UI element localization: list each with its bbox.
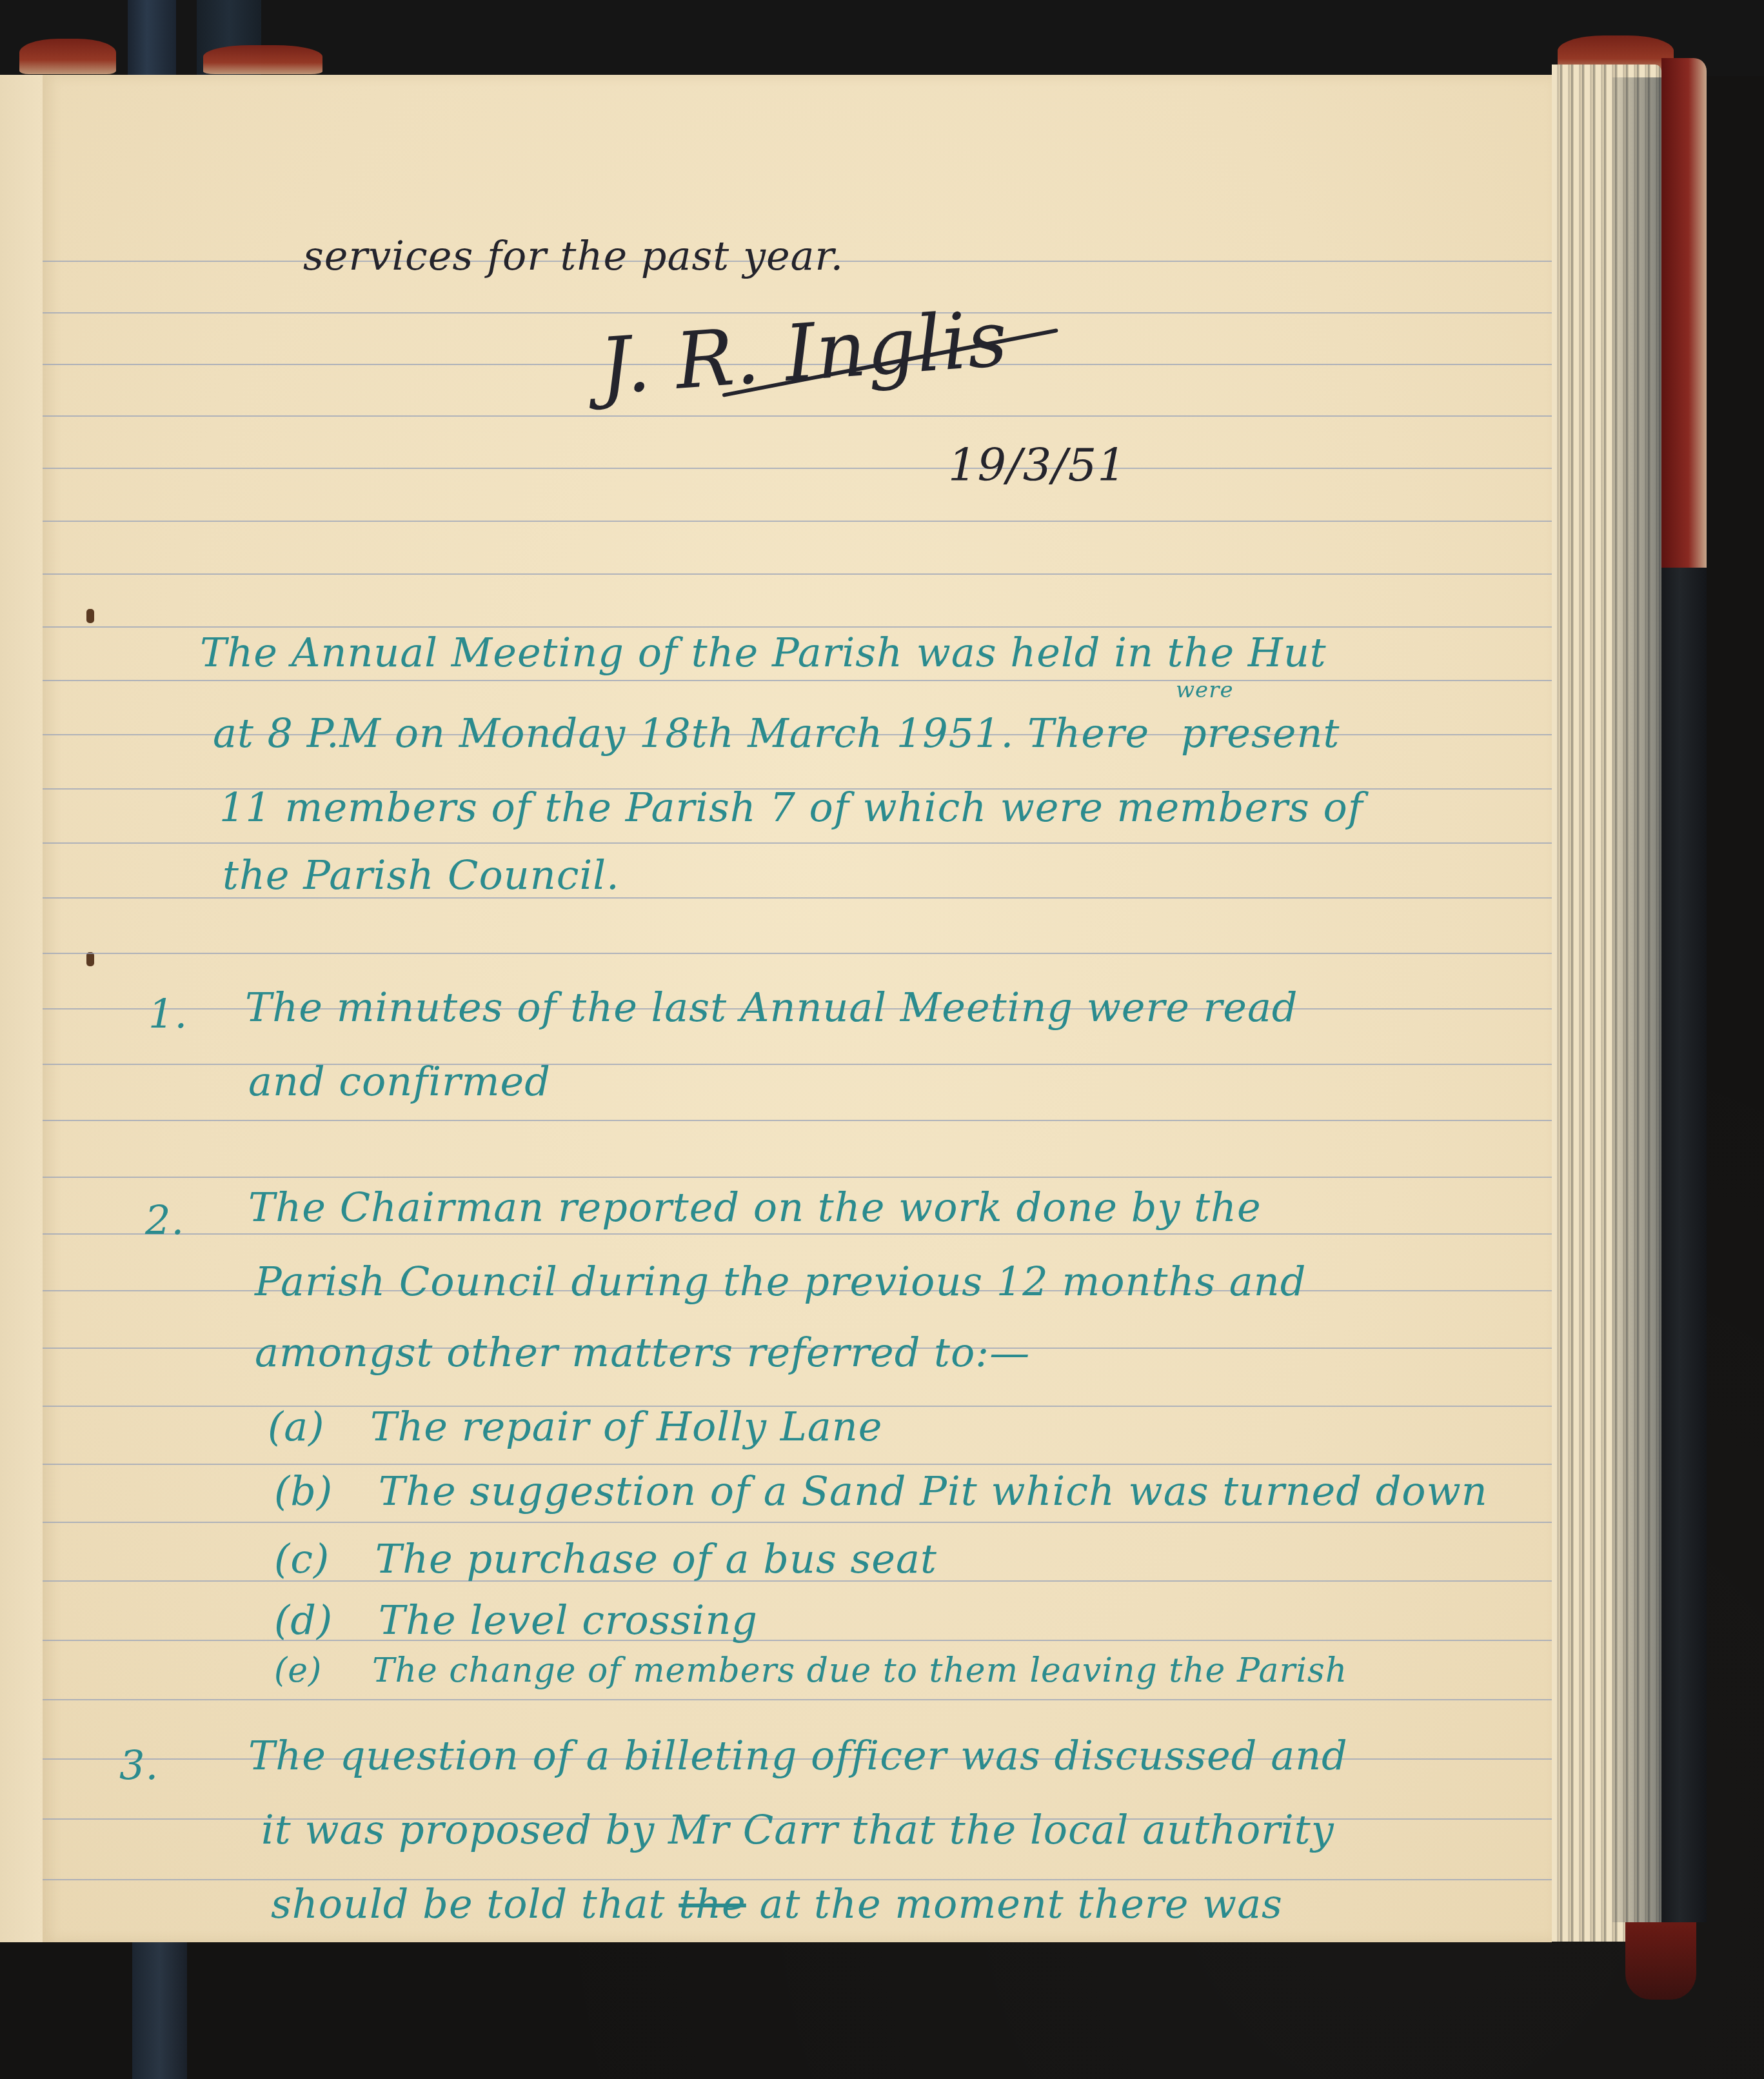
intro-line: at 8 P.M on Monday 18th March 1951. Ther… [213, 710, 1340, 757]
subitem-label: (a) [268, 1403, 324, 1450]
item-number: 1. [148, 990, 188, 1037]
item-number: 3. [119, 1742, 159, 1789]
item-line: The question of a billeting officer was … [248, 1732, 1348, 1779]
binding-hole [86, 952, 94, 966]
bookmark-ribbon [128, 0, 176, 76]
item-line-text: at the moment there was [760, 1880, 1283, 1927]
ruled-line [43, 521, 1552, 522]
subitem-text: The level crossing [379, 1597, 758, 1644]
bookmark-ribbon [132, 1942, 187, 2079]
intro-line: 11 members of the Parish 7 of which were… [219, 784, 1363, 831]
ruled-line [43, 468, 1552, 469]
ruled-line [43, 1699, 1552, 1700]
subitem-text: The purchase of a bus seat [375, 1535, 937, 1582]
red-leather-cover [1661, 58, 1707, 574]
item-line: should be told that the at the moment th… [271, 1880, 1283, 1927]
frayed-cover-edge [19, 39, 116, 74]
closing-line: services for the past year. [303, 232, 844, 279]
subitem-label: (d) [274, 1597, 333, 1644]
subitem-text: The change of members due to them leavin… [372, 1651, 1347, 1690]
ruled-line [43, 1640, 1552, 1641]
subitem-label: (e) [274, 1651, 322, 1690]
subitem-text: The suggestion of a Sand Pit which was t… [379, 1467, 1488, 1515]
ruled-line [43, 842, 1552, 844]
struck-word: the [679, 1880, 746, 1927]
item-line-text: should be told that [271, 1880, 666, 1927]
intro-line-text: at 8 P.M on Monday 18th March 1951. Ther… [213, 710, 1149, 757]
item-line: The Chairman reported on the work done b… [248, 1184, 1262, 1231]
subitem: (b) The suggestion of a Sand Pit which w… [274, 1467, 1488, 1515]
inserted-word: were [1176, 677, 1234, 703]
item-line: The minutes of the last Annual Meeting w… [245, 984, 1298, 1031]
ruled-line [43, 680, 1552, 681]
subitem-text: The repair of Holly Lane [370, 1403, 882, 1450]
ruled-line [43, 953, 1552, 954]
intro-line: the Parish Council. [223, 851, 620, 899]
subitem-label: (b) [274, 1467, 333, 1515]
ruled-line [43, 1522, 1552, 1523]
item-line: and confirmed [248, 1058, 551, 1105]
intro-line-text: present [1181, 710, 1340, 757]
signature-date: 19/3/51 [948, 439, 1127, 492]
ruled-line [43, 573, 1552, 575]
subitem: (d) The level crossing [274, 1597, 758, 1644]
ruled-line [43, 1233, 1552, 1235]
subitem-label: (c) [274, 1535, 330, 1582]
subitem: (e) The change of members due to them le… [274, 1651, 1347, 1690]
cloth-binding [1661, 568, 1707, 1922]
item-line: it was proposed by Mr Carr that the loca… [261, 1806, 1334, 1853]
red-leather-cover-corner [1625, 1922, 1696, 2000]
subitem: (c) The purchase of a bus seat [274, 1535, 937, 1582]
ruled-line [43, 415, 1552, 417]
intro-line: The Annual Meeting of the Parish was hel… [200, 629, 1327, 676]
ruled-line [43, 626, 1552, 628]
ruled-line [43, 1464, 1552, 1465]
binding-hole [86, 609, 94, 623]
item-line: Parish Council during the previous 12 mo… [255, 1258, 1306, 1305]
item-line: amongst other matters referred to:— [255, 1329, 1030, 1376]
page-stack-shadow [1612, 77, 1661, 1922]
ruled-line [43, 1120, 1552, 1121]
item-number: 2. [145, 1197, 184, 1244]
facing-page-edge [0, 75, 44, 1942]
subitem: (a) The repair of Holly Lane [268, 1403, 882, 1450]
ruled-line [43, 1177, 1552, 1178]
frayed-cover-edge [203, 45, 322, 74]
